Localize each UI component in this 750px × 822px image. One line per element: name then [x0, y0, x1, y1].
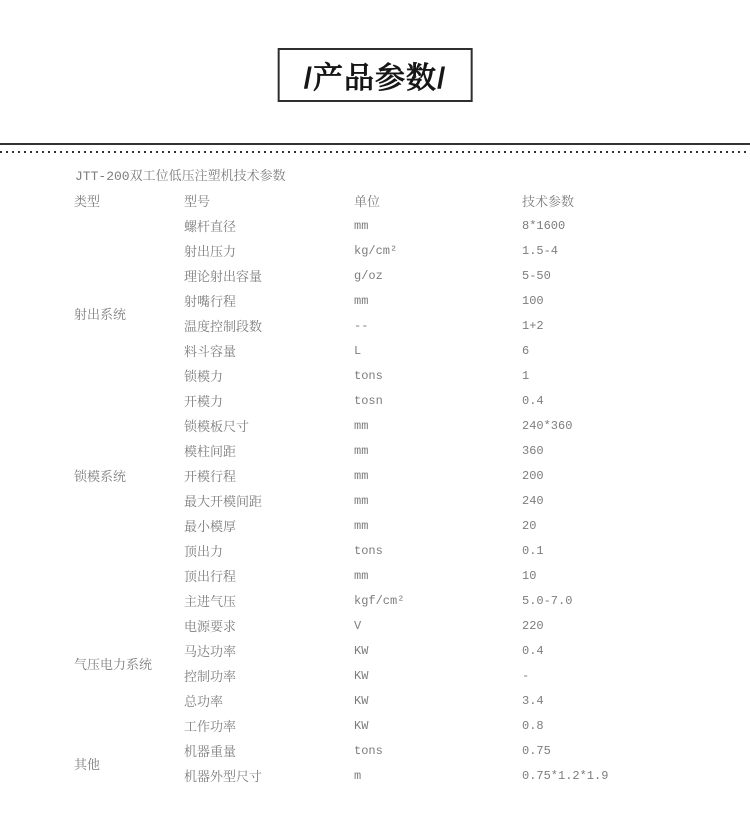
value-cell: 1 [522, 364, 734, 389]
value-cell: 5.0-7.0 [522, 589, 734, 614]
value-cell: 8*1600 [522, 214, 734, 239]
spec-table: 类型 型号 单位 技术参数 射出系统螺杆直径mm8*1600射出压力kg/cm²… [74, 189, 734, 789]
value-cell: 0.75 [522, 739, 734, 764]
category-cell [74, 539, 184, 589]
value-cell: 5-50 [522, 264, 734, 289]
param-cell: 马达功率 [184, 639, 354, 664]
param-cell: 温度控制段数 [184, 314, 354, 339]
spec-table-title: JTT-200双工位低压注塑机技术参数 [75, 170, 286, 184]
param-cell: 工作功率 [184, 714, 354, 739]
unit-cell: kg/cm² [354, 239, 522, 264]
value-cell: 240 [522, 489, 734, 514]
spec-row: 气压电力系统主进气压kgf/cm²5.0-7.0 [74, 589, 734, 614]
unit-cell: mm [354, 439, 522, 464]
column-header-category: 类型 [74, 189, 184, 214]
category-cell: 其他 [74, 739, 184, 789]
value-cell: 3.4 [522, 689, 734, 714]
value-cell: 0.4 [522, 639, 734, 664]
value-cell: 6 [522, 339, 734, 364]
unit-cell: tosn [354, 389, 522, 414]
column-header-value: 技术参数 [522, 189, 734, 214]
param-cell: 模柱间距 [184, 439, 354, 464]
unit-cell: tons [354, 364, 522, 389]
param-cell: 螺杆直径 [184, 214, 354, 239]
spec-row: 其他机器重量tons0.75 [74, 739, 734, 764]
value-cell: 220 [522, 614, 734, 639]
unit-cell: g/oz [354, 264, 522, 289]
unit-cell: mm [354, 514, 522, 539]
param-cell: 锁模力 [184, 364, 354, 389]
product-params-title-box: /产品参数/ [278, 48, 473, 102]
category-cell: 锁模系统 [74, 414, 184, 539]
unit-cell: KW [354, 714, 522, 739]
unit-cell: tons [354, 739, 522, 764]
category-cell: 气压电力系统 [74, 589, 184, 739]
param-cell: 顶出力 [184, 539, 354, 564]
spec-table-body: 射出系统螺杆直径mm8*1600射出压力kg/cm²1.5-4理论射出容量g/o… [74, 214, 734, 789]
param-cell: 料斗容量 [184, 339, 354, 364]
param-cell: 射嘴行程 [184, 289, 354, 314]
param-cell: 顶出行程 [184, 564, 354, 589]
unit-cell: m [354, 764, 522, 789]
value-cell: - [522, 664, 734, 689]
value-cell: 20 [522, 514, 734, 539]
param-cell: 开模力 [184, 389, 354, 414]
param-cell: 锁模板尺寸 [184, 414, 354, 439]
unit-cell: mm [354, 289, 522, 314]
unit-cell: mm [354, 214, 522, 239]
unit-cell: kgf/cm² [354, 589, 522, 614]
unit-cell: L [354, 339, 522, 364]
param-cell: 主进气压 [184, 589, 354, 614]
unit-cell: mm [354, 564, 522, 589]
unit-cell: KW [354, 689, 522, 714]
unit-cell: -- [354, 314, 522, 339]
column-header-model: 型号 [184, 189, 354, 214]
spec-table-header-row: 类型 型号 单位 技术参数 [74, 189, 734, 214]
spec-row: 射出系统螺杆直径mm8*1600 [74, 214, 734, 239]
spec-row: 锁模系统锁模板尺寸mm240*360 [74, 414, 734, 439]
value-cell: 200 [522, 464, 734, 489]
dotted-divider [0, 151, 750, 153]
value-cell: 1.5-4 [522, 239, 734, 264]
value-cell: 240*360 [522, 414, 734, 439]
value-cell: 0.8 [522, 714, 734, 739]
param-cell: 理论射出容量 [184, 264, 354, 289]
spec-row: 顶出力tons0.1 [74, 539, 734, 564]
param-cell: 电源要求 [184, 614, 354, 639]
param-cell: 控制功率 [184, 664, 354, 689]
unit-cell: mm [354, 464, 522, 489]
param-cell: 最大开模间距 [184, 489, 354, 514]
value-cell: 0.4 [522, 389, 734, 414]
param-cell: 总功率 [184, 689, 354, 714]
unit-cell: tons [354, 539, 522, 564]
unit-cell: KW [354, 639, 522, 664]
unit-cell: KW [354, 664, 522, 689]
value-cell: 360 [522, 439, 734, 464]
solid-divider [0, 143, 750, 145]
param-cell: 最小模厚 [184, 514, 354, 539]
param-cell: 机器重量 [184, 739, 354, 764]
param-cell: 机器外型尺寸 [184, 764, 354, 789]
value-cell: 10 [522, 564, 734, 589]
param-cell: 射出压力 [184, 239, 354, 264]
value-cell: 0.1 [522, 539, 734, 564]
column-header-unit: 单位 [354, 189, 522, 214]
value-cell: 0.75*1.2*1.9 [522, 764, 734, 789]
value-cell: 1+2 [522, 314, 734, 339]
unit-cell: mm [354, 489, 522, 514]
unit-cell: mm [354, 414, 522, 439]
param-cell: 开模行程 [184, 464, 354, 489]
product-params-title: /产品参数/ [304, 53, 447, 97]
category-cell: 射出系统 [74, 214, 184, 414]
page-root: { "header": { "title": "/产品参数/" }, "docu… [0, 0, 750, 822]
unit-cell: V [354, 614, 522, 639]
value-cell: 100 [522, 289, 734, 314]
